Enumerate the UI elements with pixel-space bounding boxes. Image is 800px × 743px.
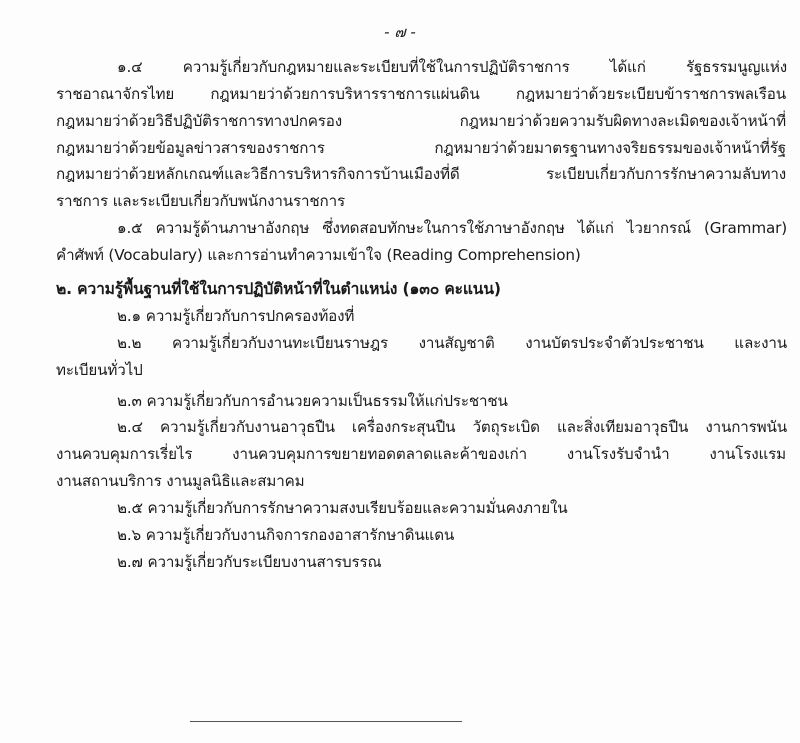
item-1-4-line-3: กฎหมายว่าด้วยวิธีปฏิบัติราชการทางปกครอง … bbox=[56, 110, 786, 132]
item-2-4-line-1: ๒.๔ ความรู้เกี่ยวกับงานอาวุธปืน เครื่องก… bbox=[117, 416, 787, 438]
item-1-4-line-6: ราชการ และระเบียบเกี่ยวกับพนักงานราชการ bbox=[56, 190, 786, 212]
page-number: - ๗ - bbox=[0, 20, 800, 44]
item-1-4-line-2: ราชอาณาจักรไทย กฎหมายว่าด้วยการบริหารราช… bbox=[56, 83, 786, 105]
item-2-4-line-2: งานควบคุมการเรี่ยไร งานควบคุมการขยายทอดต… bbox=[56, 443, 786, 465]
item-2-5: ๒.๕ ความรู้เกี่ยวกับการรักษาความสงบเรียบ… bbox=[117, 497, 787, 519]
document-page: - ๗ - ๑.๔ ความรู้เกี่ยวกับกฎหมายและระเบี… bbox=[0, 0, 800, 743]
end-divider bbox=[190, 721, 462, 722]
section-2-heading: ๒. ความรู้พื้นฐานที่ใช้ในการปฏิบัติหน้าท… bbox=[56, 278, 786, 300]
item-2-2-line-1: ๒.๒ ความรู้เกี่ยวกับงานทะเบียนราษฎร งานส… bbox=[117, 332, 787, 354]
item-2-4-line-3: งานสถานบริการ งานมูลนิธิและสมาคม bbox=[56, 470, 786, 492]
item-1-5-line-2: คำศัพท์ (Vocabulary) และการอ่านทำความเข้… bbox=[56, 244, 786, 266]
item-1-5-line-1: ๑.๕ ความรู้ด้านภาษาอังกฤษ ซึ่งทดสอบทักษะ… bbox=[117, 217, 787, 239]
item-2-3: ๒.๓ ความรู้เกี่ยวกับการอำนวยความเป็นธรรม… bbox=[117, 390, 787, 412]
item-1-4-line-1: ๑.๔ ความรู้เกี่ยวกับกฎหมายและระเบียบที่ใ… bbox=[117, 56, 787, 78]
item-2-6: ๒.๖ ความรู้เกี่ยวกับงานกิจการกองอาสารักษ… bbox=[117, 524, 787, 546]
item-1-4-line-5: กฎหมายว่าด้วยหลักเกณฑ์และวิธีการบริหารกิ… bbox=[56, 163, 786, 185]
item-2-2-line-2: ทะเบียนทั่วไป bbox=[56, 359, 786, 381]
item-2-1: ๒.๑ ความรู้เกี่ยวกับการปกครองท้องที่ bbox=[117, 305, 787, 327]
item-1-4-line-4: กฎหมายว่าด้วยข้อมูลข่าวสารของราชการ กฎหม… bbox=[56, 137, 786, 159]
item-2-7: ๒.๗ ความรู้เกี่ยวกับระเบียบงานสารบรรณ bbox=[117, 551, 787, 573]
